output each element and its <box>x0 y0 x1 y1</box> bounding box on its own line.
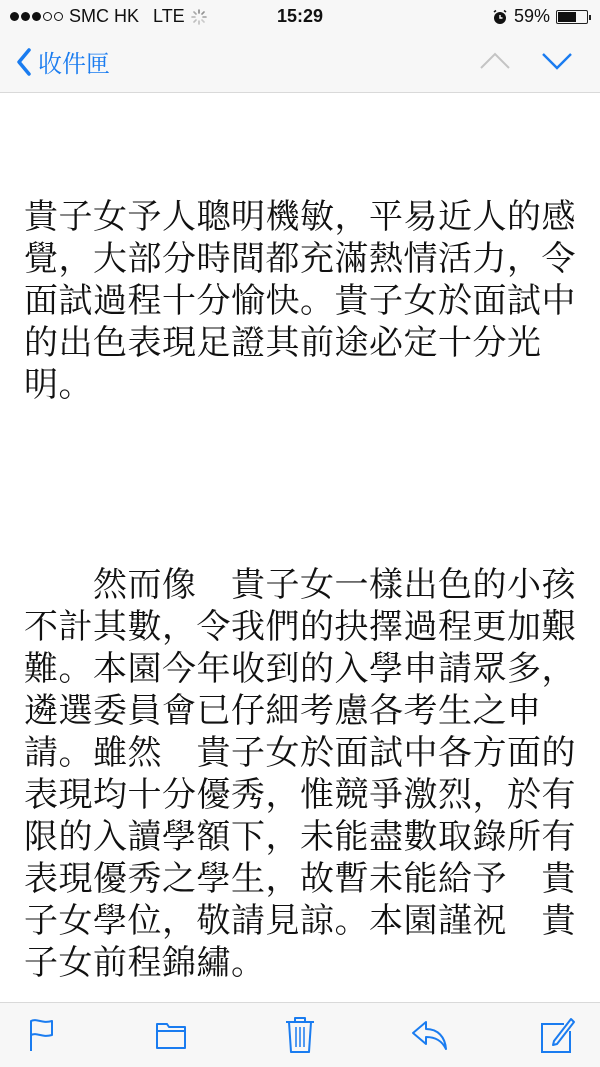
back-to-inbox-button[interactable]: 收件匣 <box>16 44 110 79</box>
status-bar: SMC HK LTE 15:29 59% <box>0 0 600 32</box>
battery-icon <box>556 10 588 24</box>
back-label: 收件匣 <box>38 44 110 79</box>
message-navigation <box>478 48 574 74</box>
bottom-toolbar <box>0 1002 600 1067</box>
status-right: 59% <box>492 6 588 27</box>
compose-icon <box>540 1016 576 1054</box>
reply-button[interactable] <box>409 1015 449 1055</box>
chevron-down-icon <box>540 48 574 74</box>
navigation-bar: 收件匣 <box>0 32 600 93</box>
compose-button[interactable] <box>538 1015 578 1055</box>
delete-button[interactable] <box>280 1015 320 1055</box>
move-to-folder-button[interactable] <box>151 1015 191 1055</box>
previous-message-button[interactable] <box>478 48 512 74</box>
next-message-button[interactable] <box>540 48 574 74</box>
battery-percent: 59% <box>514 6 550 27</box>
flag-icon <box>28 1017 56 1053</box>
message-paragraph-1: 貴子女予人聰明機敏，平易近人的感覺，大部分時間都充滿熱情活力，令面試過程十分愉快… <box>24 196 584 406</box>
folder-icon <box>155 1020 187 1050</box>
chevron-up-icon <box>478 48 512 74</box>
message-paragraph-2: 然而像 貴子女一樣出色的小孩不計其數，令我們的抉擇過程更加艱難。本園今年收到的入… <box>24 564 584 984</box>
chevron-left-icon <box>16 48 32 76</box>
reply-icon <box>410 1019 448 1051</box>
alarm-clock-icon <box>492 9 508 25</box>
flag-button[interactable] <box>22 1015 62 1055</box>
message-body: 貴子女予人聰明機敏，平易近人的感覺，大部分時間都充滿熱情活力，令面試過程十分愉快… <box>24 196 584 984</box>
trash-icon <box>285 1016 315 1054</box>
